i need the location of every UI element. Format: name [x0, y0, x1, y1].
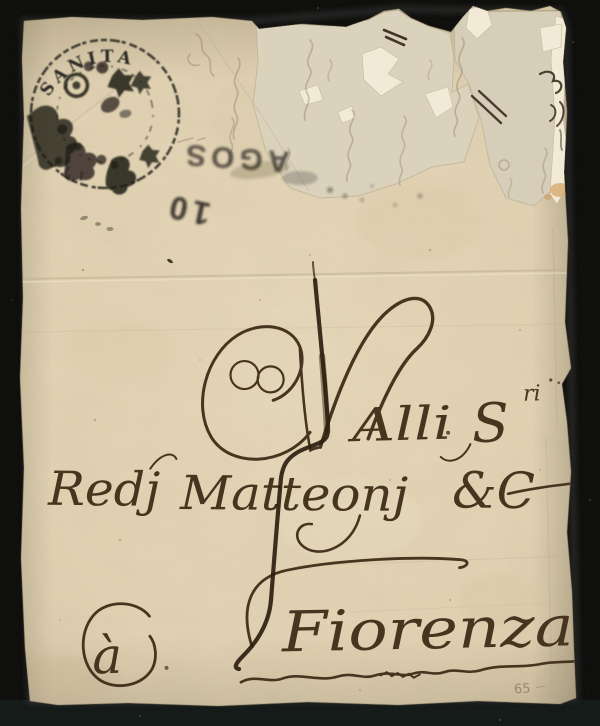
film-grain	[0, 0, 600, 726]
letter-photo: SANITA ILI	[0, 0, 600, 726]
photo-background: SANITA ILI	[0, 0, 600, 726]
